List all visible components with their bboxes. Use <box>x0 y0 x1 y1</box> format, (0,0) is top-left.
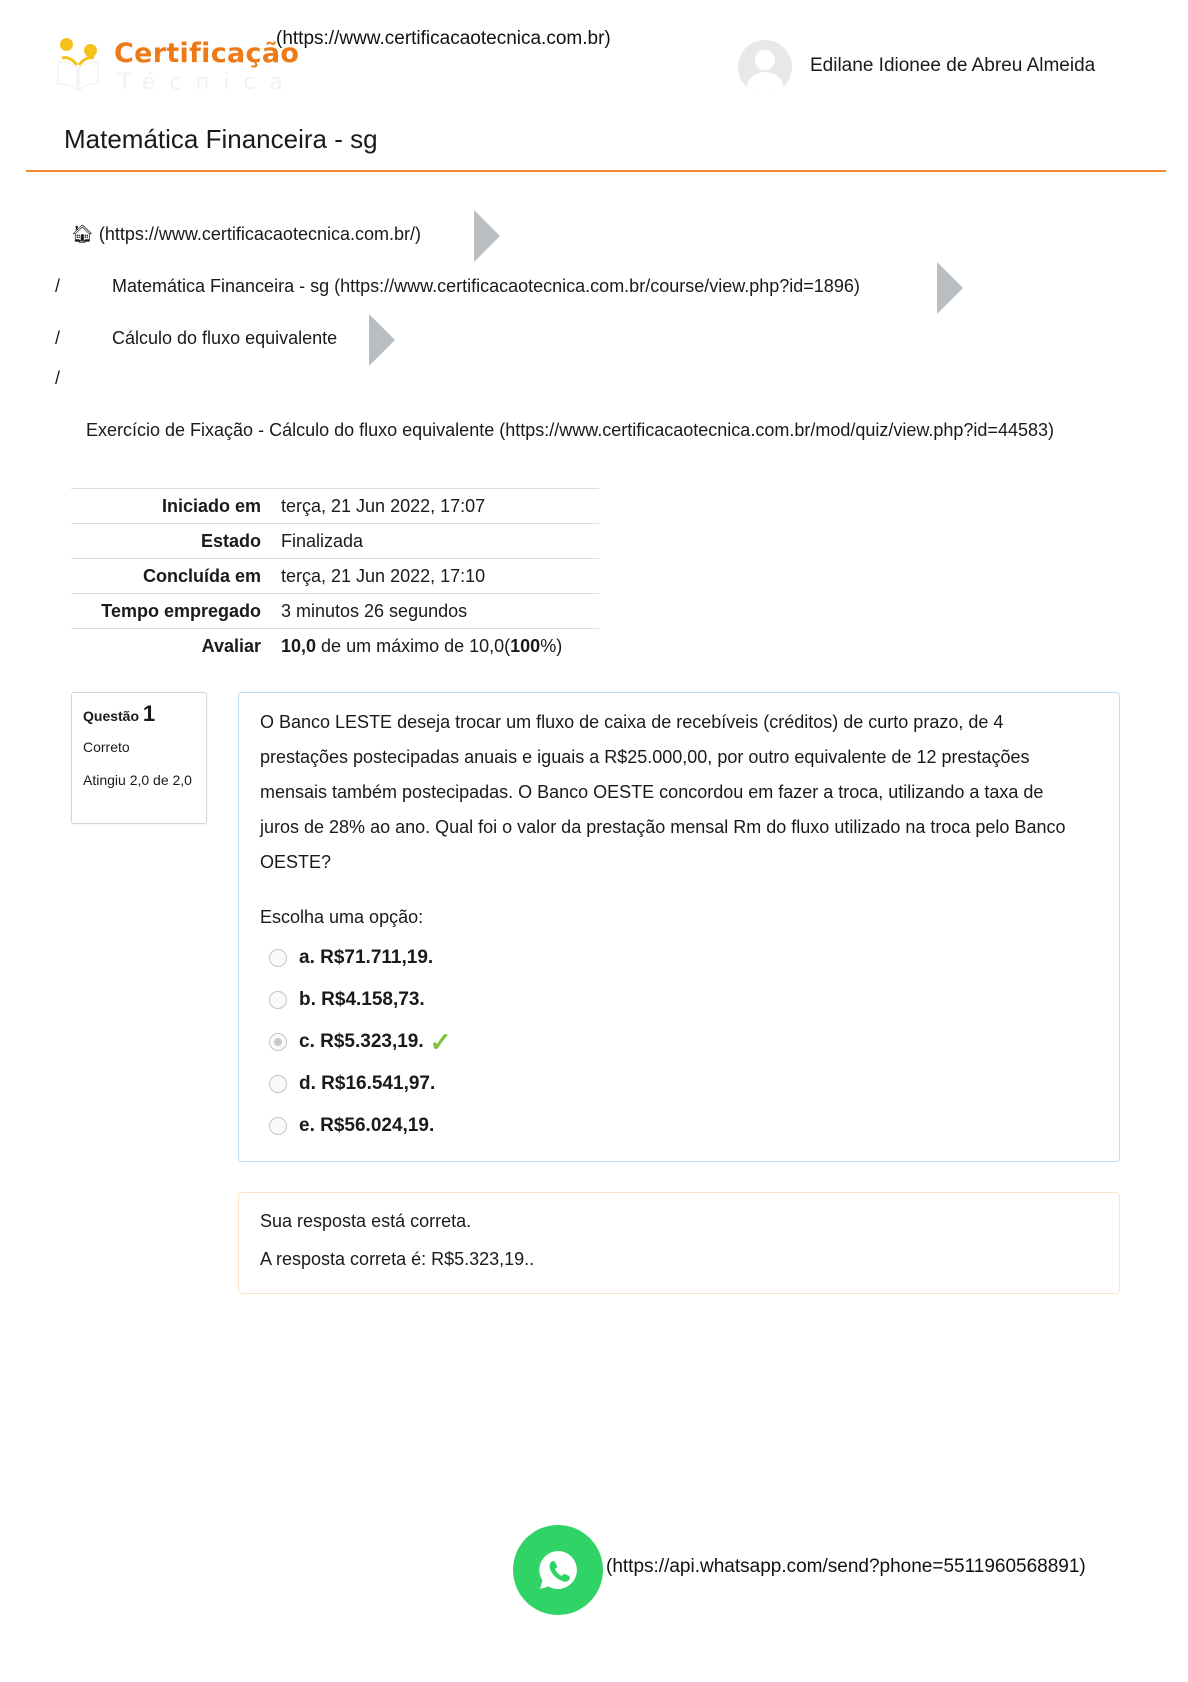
home-icon: 🏠︎ <box>71 224 94 244</box>
summary-label: Iniciado em <box>71 489 271 524</box>
question-number: Questão 1 <box>83 701 155 727</box>
correct-answer-text: A resposta correta é: R$5.323,19.. <box>260 1249 534 1270</box>
grade-middle: de um máximo de 10,0( <box>316 636 510 656</box>
site-logo[interactable]: Certificação Técnica <box>56 36 266 96</box>
radio-button[interactable] <box>269 1075 287 1093</box>
summary-value: Finalizada <box>271 524 599 559</box>
breadcrumb-arrow-icon <box>937 262 963 314</box>
avatar-head-icon <box>755 50 775 70</box>
question-info: Questão 1 Correto Atingiu 2,0 de 2,0 <box>71 692 207 824</box>
checkmark-icon: ✓ <box>430 1029 452 1055</box>
summary-value: 3 minutos 26 segundos <box>271 594 599 629</box>
question-content: O Banco LESTE deseja trocar um fluxo de … <box>238 692 1120 1162</box>
logo-brand: Certificação <box>114 38 299 69</box>
answer-option[interactable]: a. R$71.711,19. <box>269 937 451 979</box>
question-grade: Atingiu 2,0 de 2,0 <box>83 769 198 791</box>
summary-label: Concluída em <box>71 559 271 594</box>
breadcrumb-section[interactable]: Cálculo do fluxo equivalente <box>112 328 337 349</box>
breadcrumb-arrow-icon <box>369 314 395 366</box>
question-label: Questão <box>83 708 139 724</box>
grade-suffix: %) <box>540 636 562 656</box>
radio-button[interactable] <box>269 949 287 967</box>
answer-label: b. R$4.158,73. <box>299 989 425 1011</box>
breadcrumb-quiz[interactable]: Exercício de Fixação - Cálculo do fluxo … <box>86 414 1076 446</box>
table-row: Tempo empregado 3 minutos 26 segundos <box>71 594 599 629</box>
breadcrumb-separator: / <box>55 328 60 349</box>
radio-button[interactable] <box>269 1117 287 1135</box>
feedback-box: Sua resposta está correta. A resposta co… <box>238 1192 1120 1294</box>
breadcrumb-home[interactable]: 🏠︎ (https://www.certificacaotecnica.com.… <box>71 224 421 245</box>
summary-label: Tempo empregado <box>71 594 271 629</box>
grade-score: 10,0 <box>281 636 316 656</box>
answer-option[interactable]: b. R$4.158,73. <box>269 979 451 1021</box>
answer-label: c. R$5.323,19. <box>299 1031 424 1053</box>
summary-value: terça, 21 Jun 2022, 17:07 <box>271 489 599 524</box>
answer-option[interactable]: d. R$16.541,97. <box>269 1063 451 1105</box>
question-state: Correto <box>83 739 130 755</box>
grade-percent: 100 <box>510 636 540 656</box>
summary-label: Avaliar <box>71 629 271 664</box>
page-title: Matemática Financeira - sg <box>64 124 378 155</box>
book-icon <box>56 56 100 92</box>
whatsapp-button[interactable] <box>513 1525 603 1615</box>
answer-options: a. R$71.711,19.b. R$4.158,73.c. R$5.323,… <box>269 937 451 1147</box>
question-text: O Banco LESTE deseja trocar um fluxo de … <box>260 705 1080 880</box>
avatar[interactable] <box>738 40 792 94</box>
breadcrumb-course[interactable]: Matemática Financeira - sg (https://www.… <box>112 276 860 297</box>
answer-label: a. R$71.711,19. <box>299 947 433 969</box>
answer-option[interactable]: c. R$5.323,19.✓ <box>269 1021 451 1063</box>
breadcrumb-separator: / <box>55 368 60 389</box>
table-row: Estado Finalizada <box>71 524 599 559</box>
summary-label: Estado <box>71 524 271 559</box>
answer-label: d. R$16.541,97. <box>299 1073 435 1095</box>
attempt-summary-table: Iniciado em terça, 21 Jun 2022, 17:07 Es… <box>71 488 599 663</box>
user-name[interactable]: Edilane Idionee de Abreu Almeida <box>810 55 1095 77</box>
header-divider <box>26 170 1166 172</box>
logo-subtitle: Técnica <box>118 70 297 95</box>
site-url-link[interactable]: (https://www.certificacaotecnica.com.br) <box>276 28 611 50</box>
answer-label: e. R$56.024,19. <box>299 1115 434 1137</box>
table-row: Avaliar 10,0 de um máximo de 10,0(100%) <box>71 629 599 664</box>
avatar-body-icon <box>747 72 783 94</box>
whatsapp-url[interactable]: (https://api.whatsapp.com/send?phone=551… <box>606 1556 1086 1578</box>
breadcrumb-home-url: (https://www.certificacaotecnica.com.br/… <box>99 224 421 244</box>
table-row: Iniciado em terça, 21 Jun 2022, 17:07 <box>71 489 599 524</box>
summary-value: terça, 21 Jun 2022, 17:10 <box>271 559 599 594</box>
answer-option[interactable]: e. R$56.024,19. <box>269 1105 451 1147</box>
question-number-value: 1 <box>143 701 155 726</box>
feedback-message: Sua resposta está correta. <box>260 1211 471 1232</box>
radio-button[interactable] <box>269 1033 287 1051</box>
summary-grade: 10,0 de um máximo de 10,0(100%) <box>271 629 599 664</box>
whatsapp-icon <box>513 1525 603 1615</box>
breadcrumb-arrow-icon <box>474 210 500 262</box>
radio-button[interactable] <box>269 991 287 1009</box>
table-row: Concluída em terça, 21 Jun 2022, 17:10 <box>71 559 599 594</box>
question-prompt: Escolha uma opção: <box>260 907 423 928</box>
breadcrumb-separator: / <box>55 276 60 297</box>
